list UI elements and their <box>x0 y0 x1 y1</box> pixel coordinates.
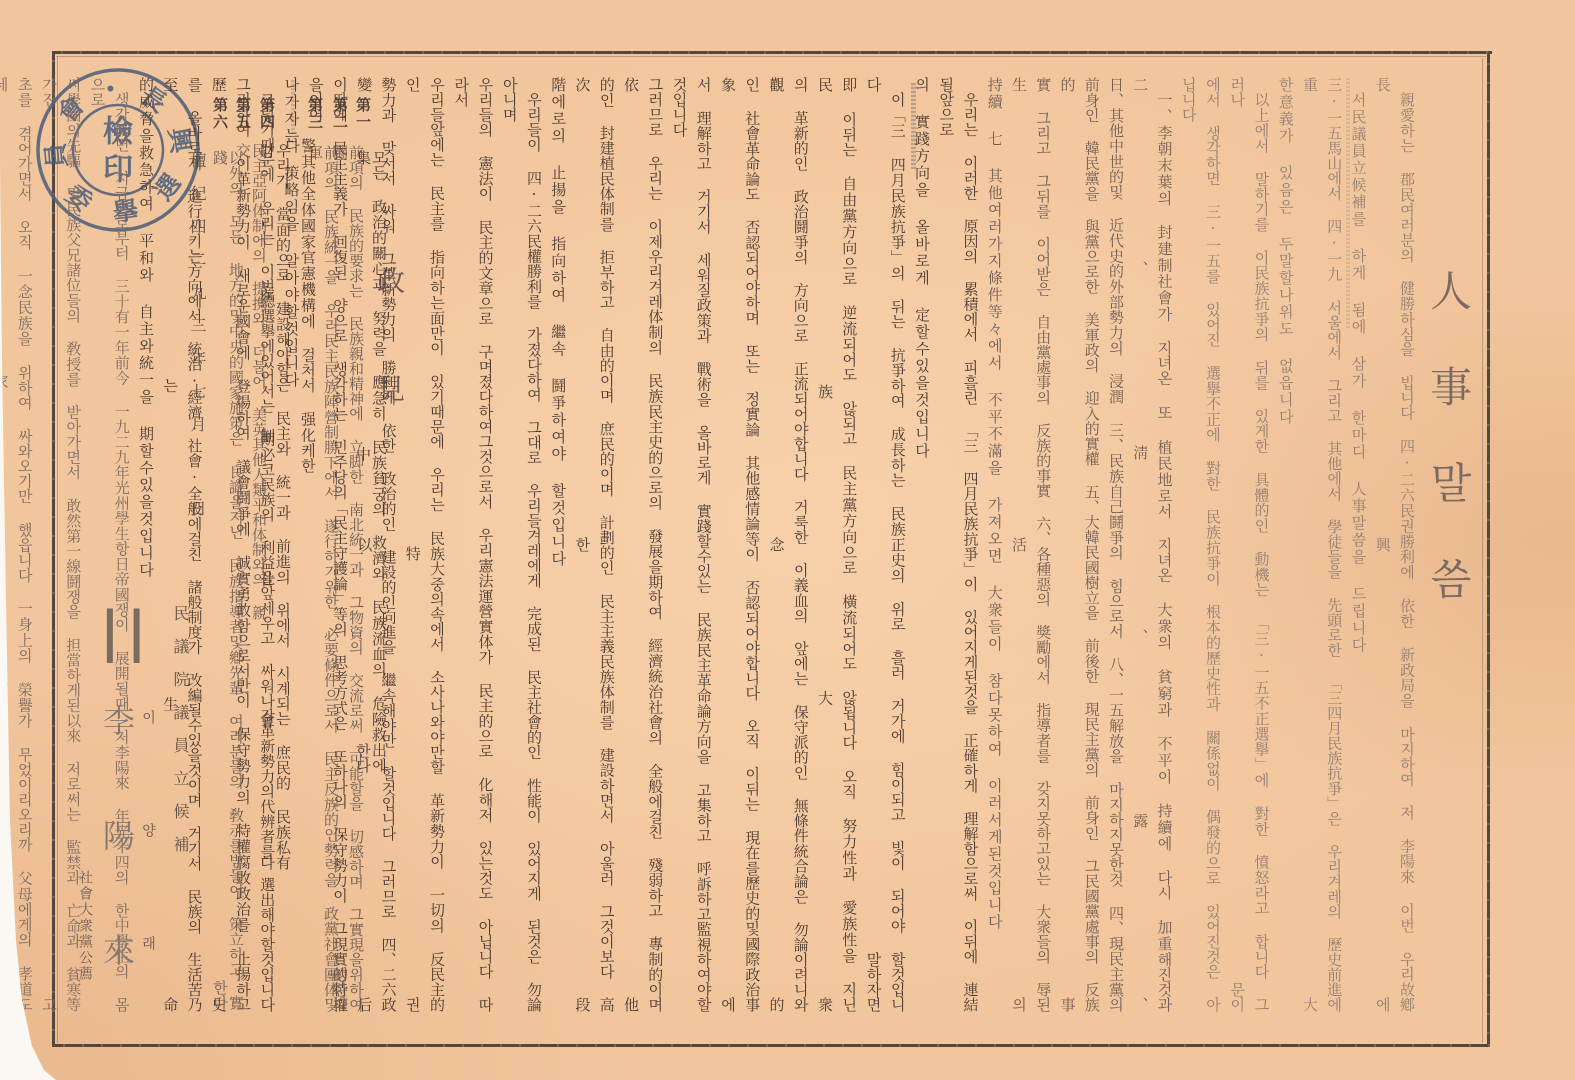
greeting-line: 우리들앞에는 民主를 指向하는面만이 있기때문에 우리는 民族大중의속에서 소사… <box>401 77 450 1012</box>
candidate-name: 李陽來 <box>101 704 133 1049</box>
greeting-line: 서民議員立候補를 하게 됨에 삼가 한마디 人事말씀을 드립니다 <box>1346 77 1370 1012</box>
greeting-line: 에서 생각하면 三·一五를 있어진 選擧不正에 對한 民族抗爭이 根本的歷史性과… <box>1177 77 1226 1012</box>
platform-item-2-label: 第二 <box>332 97 348 131</box>
platform-item-3-label: 第三 <box>307 97 323 131</box>
greeting-line: 인 社會革命論도 否認되어야하며 또는 정實論 其他感情論等이 否認되어야합니다… <box>716 77 765 1012</box>
party-endorsement: 社會大衆黨公薦 <box>78 870 92 982</box>
greeting-line: 의 實踐方向을 올바로게 定할수있을것입니다 <box>910 77 934 1012</box>
greeting-title: 人事말씀 <box>1427 269 1469 653</box>
platform-item-4-label: 第四 <box>259 97 275 131</box>
frame-top-inner-border <box>56 56 1486 57</box>
platform-item-6-text: 以外의 모든 地方的및中央的國家施策은 良識을지닌 民族指導者및鄕先輩 여러분들… <box>212 150 244 1010</box>
greeting-line: 우리들의 憲法이 民主的文章으로 구며졌다하여그것으로서 우리憲法運營實体가 民… <box>449 77 498 1012</box>
greeting-line: 우리는 이러한 原因의 累積에서 피흘린 「三 四月民族抗爭」이 있어지게된것을… <box>934 77 983 1012</box>
greeting-line: 日、其他中世的및 近代史的外部勢力의 浸潤 三、民族自己鬪爭의 힘으로서 八、一… <box>1104 77 1128 1012</box>
greeting-line: 的인 封建植民体制를 拒부하고 自由的이며 庶民的이며 計劃的인 民主主義民族体… <box>570 77 619 1012</box>
platform-item-5-label: 第五 <box>235 97 251 131</box>
platform-item-1-label: 第一 <box>355 97 371 131</box>
candidate-position: 民議院議員立候補 <box>172 605 188 869</box>
paper-sheet: 長 興 選 擧 委 員 會 檢 印 人事말씀 親愛하는 郡民여러분의 健勝하심을… <box>0 0 1575 1080</box>
greeting-line: 초를 겪어가면서 오직 一念民族을 위하여 싸와오기만 했읍니다 一身上의 榮譽… <box>0 77 37 1012</box>
greeting-line: 親愛하는 郡民여러분의 健勝하심을 빕니다 四·二六民권勝利에 依한 新政局을 … <box>1371 77 1420 1012</box>
greeting-line: 한意義가 있음은 두말할나위도 없읍니다 <box>1274 77 1298 1012</box>
frame-right-border <box>1487 54 1490 1047</box>
platform-item-6-label: 第六 <box>212 97 228 131</box>
greeting-line: 이「三 四月民族抗爭」의 뒤는 抗爭하여 成長하는 民族正史의 위로 흘러 거가… <box>861 77 910 1012</box>
greeting-body: 親愛하는 郡民여러분의 健勝하심을 빕니다 四·二六民권勝利에 依한 新政局을 … <box>400 77 1419 1012</box>
greeting-line: 三·一五馬山에서 四·一九 서울에서 그리고 其他에서 學徒들을 先頭로한 「三… <box>1298 77 1347 1012</box>
ballot-number-mark: || <box>100 596 153 668</box>
frame-right-inner-border <box>1482 58 1483 1043</box>
greeting-line: 서 理解하고 거기서 세워질政策과 戰術을 올바로게 實踐할수있는 民族民主革命… <box>667 77 716 1012</box>
greeting-line: 前身인 韓民黨을 與黨으로한 美軍政의 迎入的實權 五、大韓民國樹立을 前後한 … <box>1055 77 1104 1012</box>
greeting-line: 階에로의 止揚을 指向하여 繼속 鬪爭하여야 할것입니다 <box>546 77 570 1012</box>
greeting-line: 以上에서 말하기를 이民族抗爭의 뒤를 있게한 具體的인 動機는 「三·一五不正… <box>1225 77 1274 1012</box>
greeting-line: 一、李朝末葉의 封建制社會가 지녀온 또 植民地로서 지녀온 大衆의 貧窮과 不… <box>1128 77 1177 1012</box>
frame-top-border <box>52 51 1492 54</box>
greeting-line: 實 그리고 그뒤를 이어받은 自由黨處事의 反族的事實 六、各種惡의 獎勵에서 … <box>1007 77 1056 1012</box>
greeting-line: 우리들이 四·二六民權勝利를 가졌다하여 그대로 우리들겨레에게 完成된 民主社… <box>498 77 547 1012</box>
issue-date: 檀紀四二九三年七月 <box>189 152 205 449</box>
greeting-line: 그러므로 우리는 이제우리겨레体制의 民族民主史的으로의 發展을期하여 經濟統治… <box>619 77 668 1012</box>
frame-bottom-border <box>54 1044 1490 1047</box>
issue-date-day: 日 <box>189 500 205 516</box>
candidate-name-reading: 이양래 <box>141 710 155 1049</box>
greeting-line: 即 이뒤는 自由黨方向으로 逆流되어도 않되고 民主黨方向으로 橫流되어도 않됩… <box>813 77 862 1012</box>
greeting-line: 持續 七 其他여러가지條件等々에서 不平不滿을 가져오면 大衆들이 참다못하여 … <box>983 77 1007 1012</box>
greeting-line: 의 革新的인 政治鬪爭의 方向으로 正流되어야합니다 거룩한 이義血의 앞에는 … <box>764 77 813 1012</box>
